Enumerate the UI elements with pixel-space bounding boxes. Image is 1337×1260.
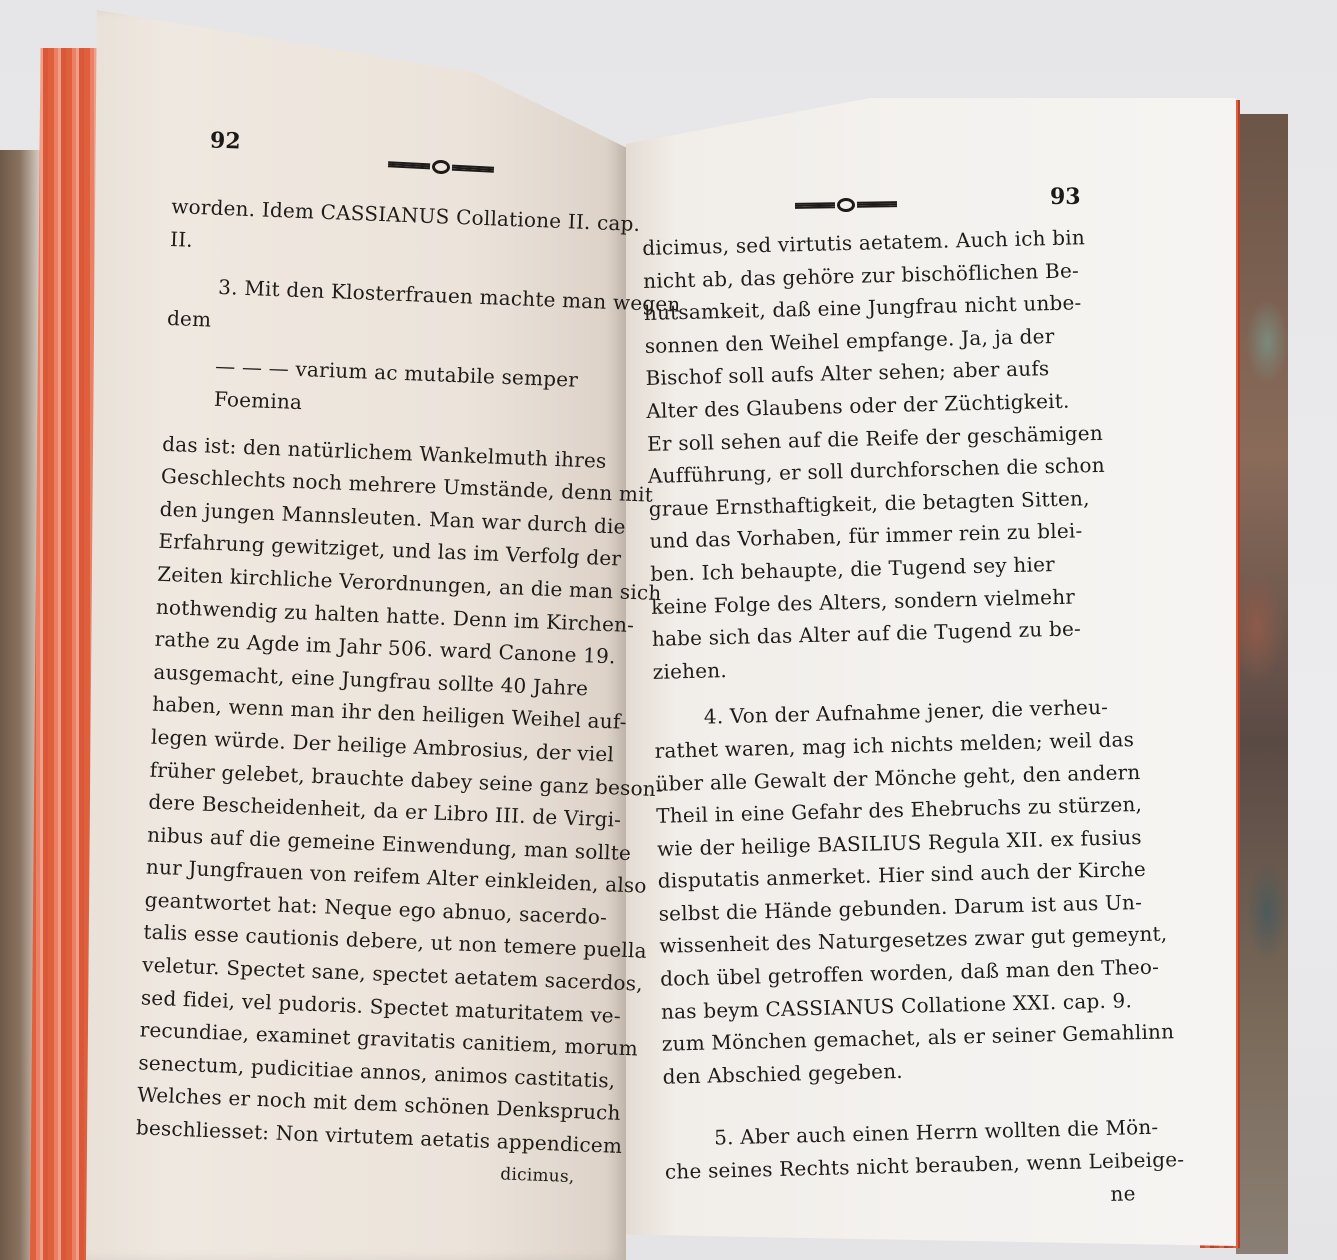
- left-page-body: worden. Idem CASSIANUS Collatione II. ca…: [134, 190, 622, 1194]
- page-number-left: 92: [210, 127, 242, 154]
- ornament-bar: [795, 202, 835, 209]
- headpiece-ornament-right: [795, 197, 897, 213]
- page-number-right: 93: [1050, 184, 1081, 210]
- ornament-bar: [452, 165, 494, 173]
- ornament-bar: [857, 201, 897, 208]
- ornament-knot-icon: [432, 160, 451, 175]
- right-page-body: dicimus, sed virtutis aetatem. Auch ich …: [642, 221, 1136, 1221]
- ornament-knot-icon: [837, 198, 855, 212]
- ornament-bar: [388, 161, 430, 169]
- book-cover-right-marbled: [1236, 114, 1288, 1254]
